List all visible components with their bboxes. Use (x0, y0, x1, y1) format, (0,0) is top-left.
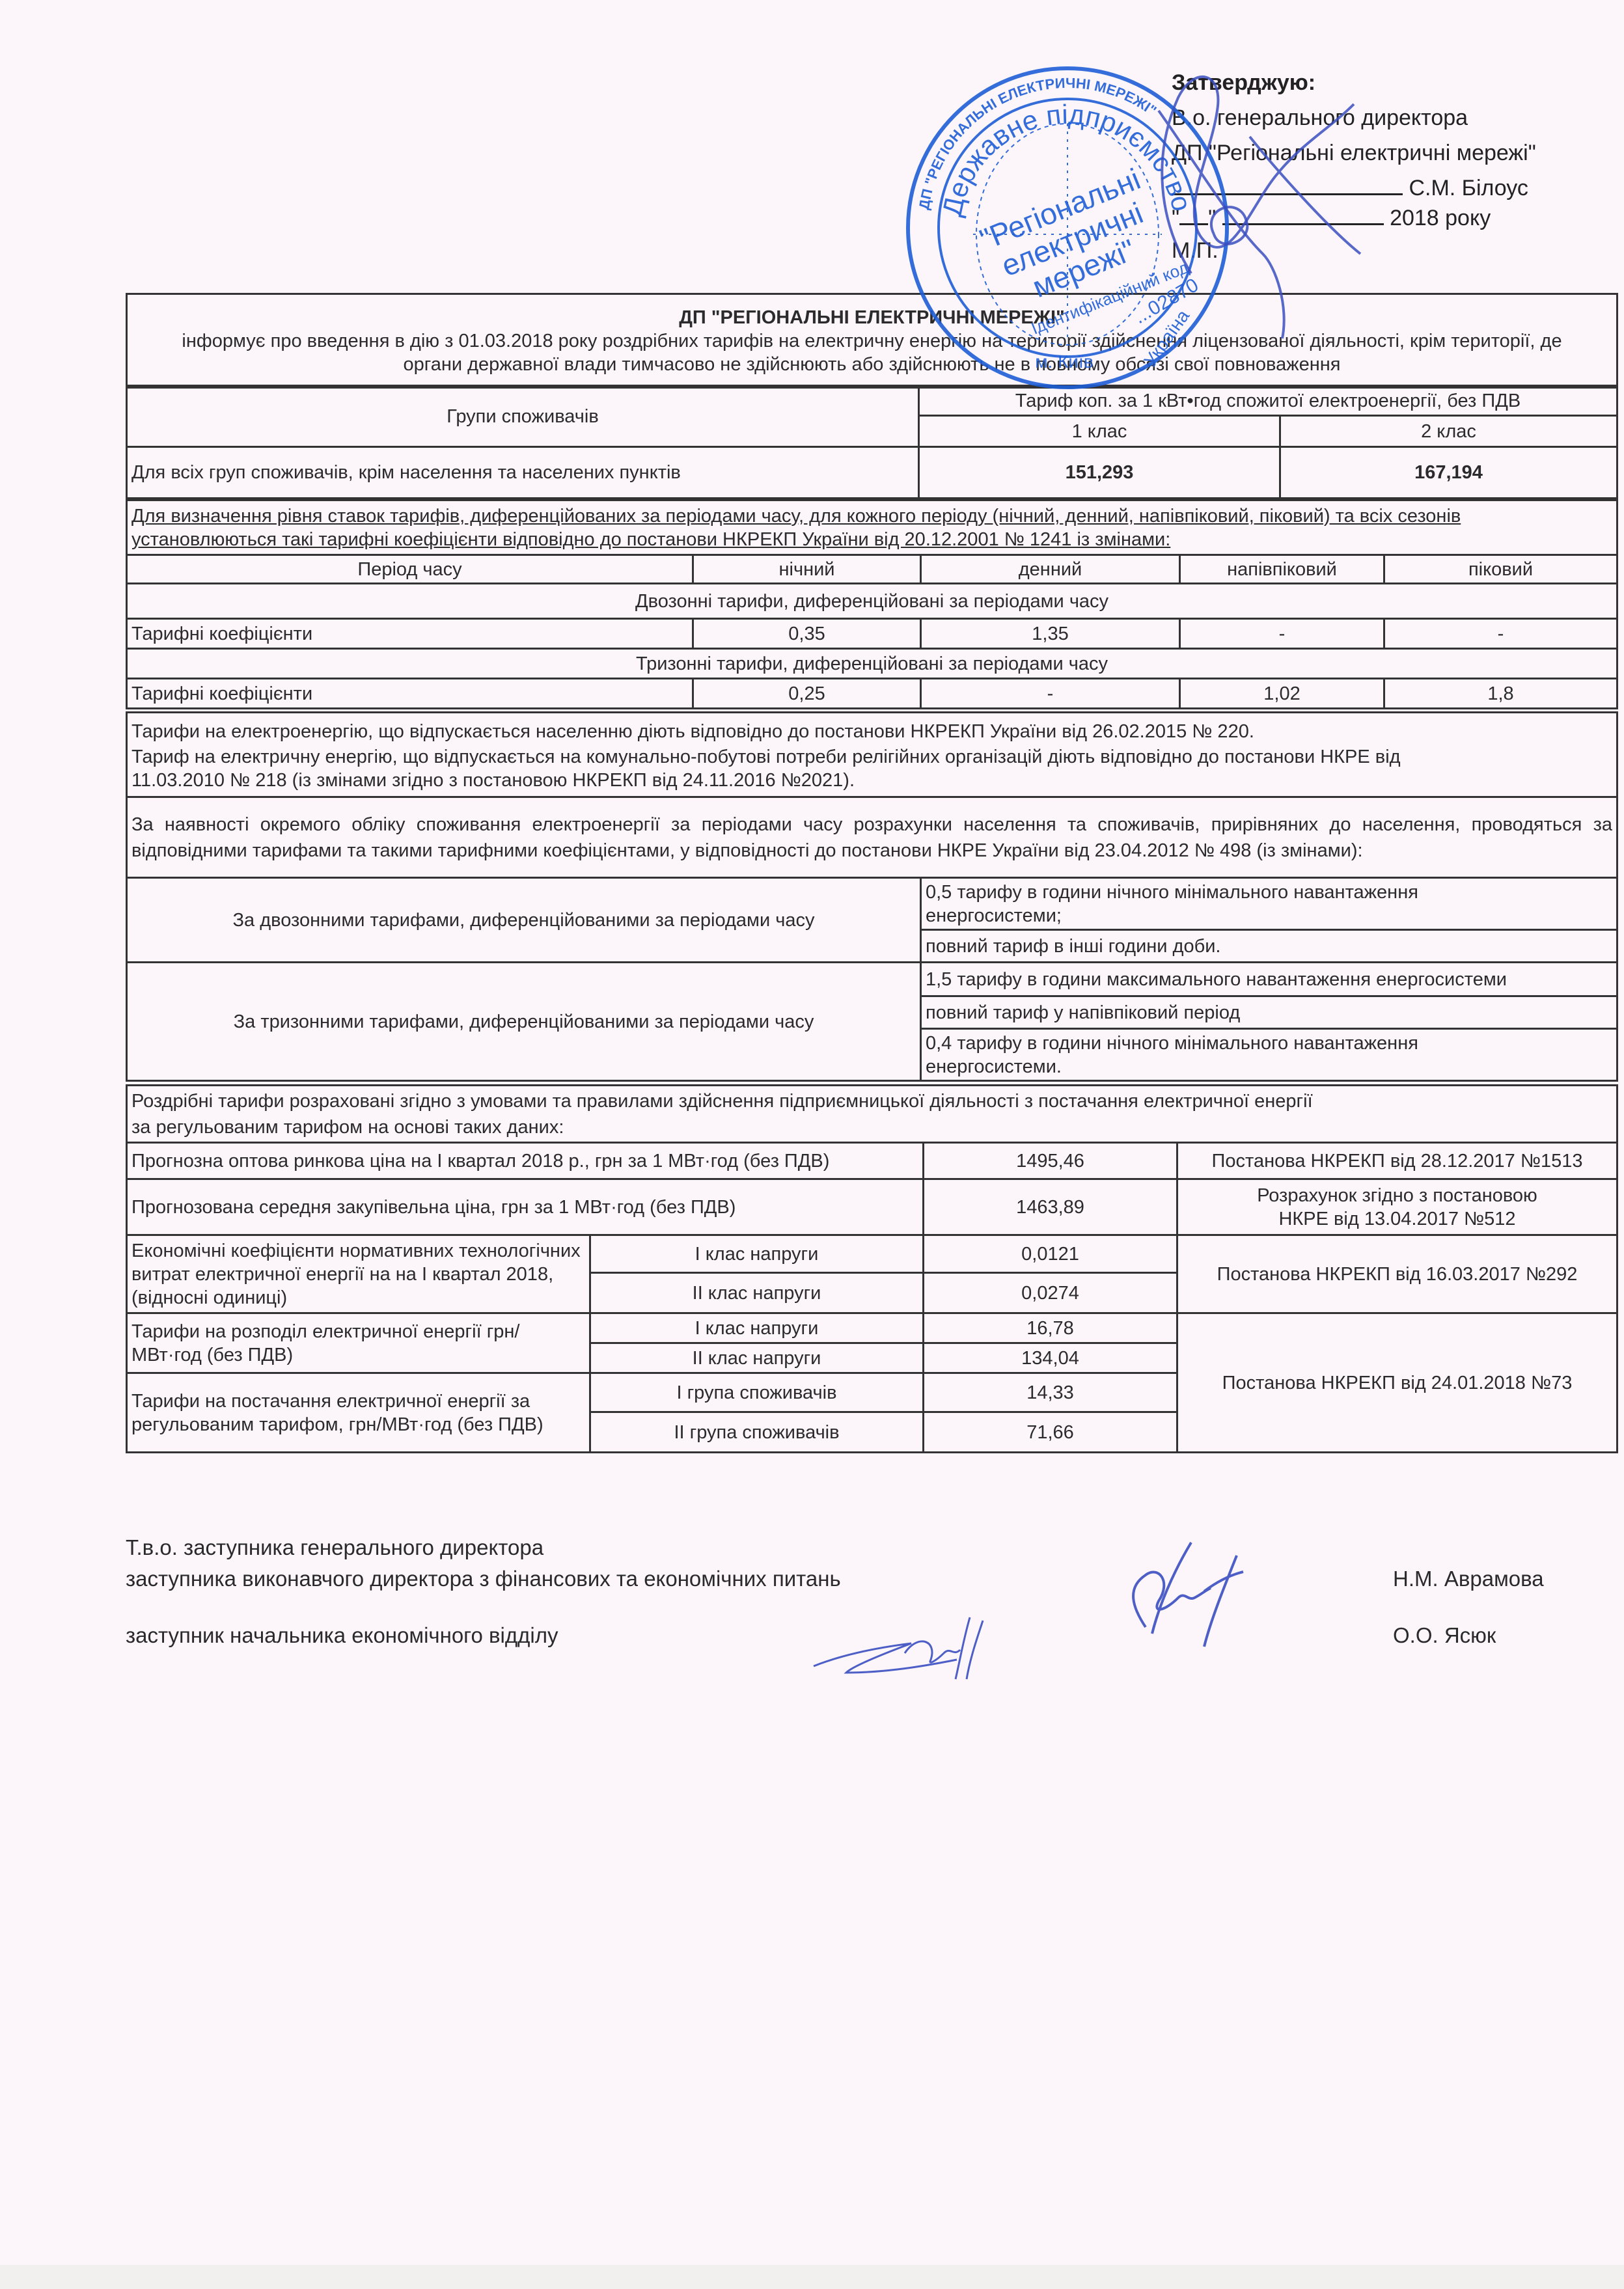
tariff-header: Тариф коп. за 1 кВт•год спожитої електро… (919, 386, 1617, 416)
svg-text:Державне підприємство: Державне підприємство (937, 99, 1198, 219)
svg-text:ДП "РЕГІОНАЛЬНІ ЕЛЕКТРИЧНІ МЕР: ДП "РЕГІОНАЛЬНІ ЕЛЕКТРИЧНІ МЕРЕЖІ" (916, 75, 1160, 211)
scan-bottom-edge (0, 2265, 1624, 2289)
approval-date-line: "" 2018 року (1172, 200, 1536, 236)
document-title: ДП "РЕГІОНАЛЬНІ ЕЛЕКТРИЧНІ МЕРЕЖІ" (131, 306, 1612, 329)
approval-position: В.о. генерального директора (1172, 100, 1536, 135)
loss-coefficients-label: Економічні коефіцієнти нормативних техно… (127, 1235, 590, 1313)
approval-year: 2018 року (1390, 206, 1491, 230)
class-tariff-table: Групи споживачів Тариф коп. за 1 кВт•год… (126, 385, 1618, 499)
distribution-class1-value: 16,78 (924, 1313, 1177, 1343)
period-day: денний (921, 555, 1180, 584)
two-zone-peak: - (1384, 619, 1617, 649)
period-label: Період часу (127, 555, 693, 584)
class2-header: 2 клас (1280, 416, 1617, 447)
separate-metering-note: За наявності окремого обліку споживання … (127, 797, 1617, 878)
distribution-label: Тарифи на розподіл електричної енергії г… (127, 1313, 590, 1373)
three-zone-rule-3: 0,4 тарифу в години нічного мінімального… (921, 1029, 1617, 1081)
two-zone-rule-2: повний тариф в інші години доби. (921, 930, 1617, 963)
signatory-2-signature-icon (807, 1614, 1002, 1686)
population-note-2: Тариф на електричну енергію, що відпуска… (131, 745, 1612, 792)
distribution-class1: І клас напруги (590, 1313, 924, 1343)
approval-signatory: С.М. Білоус (1409, 176, 1528, 200)
distribution-class2: ІІ клас напруги (590, 1343, 924, 1373)
class2-tariff-value: 167,194 (1280, 447, 1617, 499)
three-zone-night: 0,25 (693, 679, 921, 709)
approval-heading: Затверджую: (1172, 65, 1536, 100)
loss-class1-value: 0,0121 (924, 1235, 1177, 1273)
wholesale-price-label: Прогнозна оптова ринкова ціна на І кварт… (127, 1143, 924, 1179)
three-zone-day: - (921, 679, 1180, 709)
distribution-supply-source: Постанова НКРЕКП від 24.01.2018 №73 (1177, 1313, 1617, 1453)
signatory-2-role: заступник начальника економічного відділ… (126, 1621, 558, 1650)
document-header: ДП "РЕГІОНАЛЬНІ ЕЛЕКТРИЧНІ МЕРЕЖІ" інфор… (127, 294, 1617, 388)
three-zone-peak: 1,8 (1384, 679, 1617, 709)
consumer-group-header: Групи споживачів (127, 386, 919, 447)
coefficients-table: Для визначення рівня ставок тарифів, диф… (126, 499, 1618, 709)
two-zone-population-label: За двозонними тарифами, диференційованим… (127, 878, 921, 963)
signatory-2-name: О.О. Ясюк (1393, 1621, 1496, 1650)
supply-group1: І група споживачів (590, 1373, 924, 1412)
coefficients-intro: Для визначення рівня ставок тарифів, диф… (127, 500, 1617, 555)
three-zone-population-label: За тризонними тарифами, диференційованим… (127, 963, 921, 1081)
wholesale-price-value: 1495,46 (924, 1143, 1177, 1179)
all-consumers-label: Для всіх груп споживачів, крім населення… (127, 447, 919, 499)
population-note-1: Тарифи на електроенергію, що відпускаєть… (131, 718, 1612, 745)
approval-block: Затверджую: В.о. генерального директора … (1172, 65, 1536, 268)
signatory-1-signature-icon (1107, 1536, 1263, 1653)
wholesale-price-source: Постанова НКРЕКП від 28.12.2017 №1513 (1177, 1143, 1617, 1179)
two-zone-night: 0,35 (693, 619, 921, 649)
two-zone-half-peak: - (1180, 619, 1384, 649)
basis-table: Роздрібні тарифи розраховані згідно з ум… (126, 1084, 1618, 1453)
purchase-price-source: Розрахунок згідно з постановою НКРЕ від … (1177, 1179, 1617, 1235)
two-zone-title: Двозонні тарифи, диференційовані за пері… (127, 584, 1617, 619)
supply-group1-value: 14,33 (924, 1373, 1177, 1412)
loss-class2: ІІ клас напруги (590, 1273, 924, 1313)
loss-class1: І клас напруги (590, 1235, 924, 1273)
period-peak: піковий (1384, 555, 1617, 584)
purchase-price-value: 1463,89 (924, 1179, 1177, 1235)
approval-organization: ДП "Регіональні електричні мережі" (1172, 135, 1536, 171)
loss-class2-value: 0,0274 (924, 1273, 1177, 1313)
purchase-price-label: Прогнозована середня закупівельна ціна, … (127, 1179, 924, 1235)
supply-group2: ІІ група споживачів (590, 1412, 924, 1453)
class1-tariff-value: 151,293 (919, 447, 1280, 499)
class1-header: 1 клас (919, 416, 1280, 447)
signatory-1-role-line1: Т.в.о. заступника генерального директора (126, 1533, 544, 1562)
basis-intro: Роздрібні тарифи розраховані згідно з ум… (127, 1086, 1617, 1143)
distribution-class2-value: 134,04 (924, 1343, 1177, 1373)
three-zone-label: Тарифні коефіцієнти (127, 679, 693, 709)
tariff-document-table: ДП "РЕГІОНАЛЬНІ ЕЛЕКТРИЧНІ МЕРЕЖІ" інфор… (126, 293, 1618, 389)
period-night: нічний (693, 555, 921, 584)
supply-group2-value: 71,66 (924, 1412, 1177, 1453)
period-half-peak: напівпіковий (1180, 555, 1384, 584)
three-zone-rule-2: повний тариф у напівпіковий період (921, 996, 1617, 1029)
signatory-1-role-line2: заступника виконавчого директора з фінан… (126, 1565, 841, 1593)
two-zone-day: 1,35 (921, 619, 1180, 649)
signatory-1-name: Н.М. Аврамова (1393, 1565, 1544, 1593)
three-zone-rule-1: 1,5 тарифу в години максимального навант… (921, 963, 1617, 996)
two-zone-rule-1: 0,5 тарифу в години нічного мінімального… (921, 878, 1617, 930)
three-zone-title: Тризонні тарифи, диференційовані за пері… (127, 649, 1617, 679)
loss-source: Постанова НКРЕКП від 16.03.2017 №292 (1177, 1235, 1617, 1313)
population-notes: Тарифи на електроенергію, що відпускаєть… (127, 713, 1617, 797)
supply-label: Тарифи на постачання електричної енергії… (127, 1373, 590, 1453)
three-zone-half-peak: 1,02 (1180, 679, 1384, 709)
two-zone-label: Тарифні коефіцієнти (127, 619, 693, 649)
population-table: Тарифи на електроенергію, що відпускаєть… (126, 711, 1618, 1082)
svg-text:електричні: електричні (997, 196, 1148, 283)
svg-text:"Регіональні: "Регіональні (975, 161, 1145, 256)
seal-mark: М.П. (1172, 233, 1536, 268)
document-subtitle: інформує про введення в дію з 01.03.2018… (131, 329, 1612, 376)
